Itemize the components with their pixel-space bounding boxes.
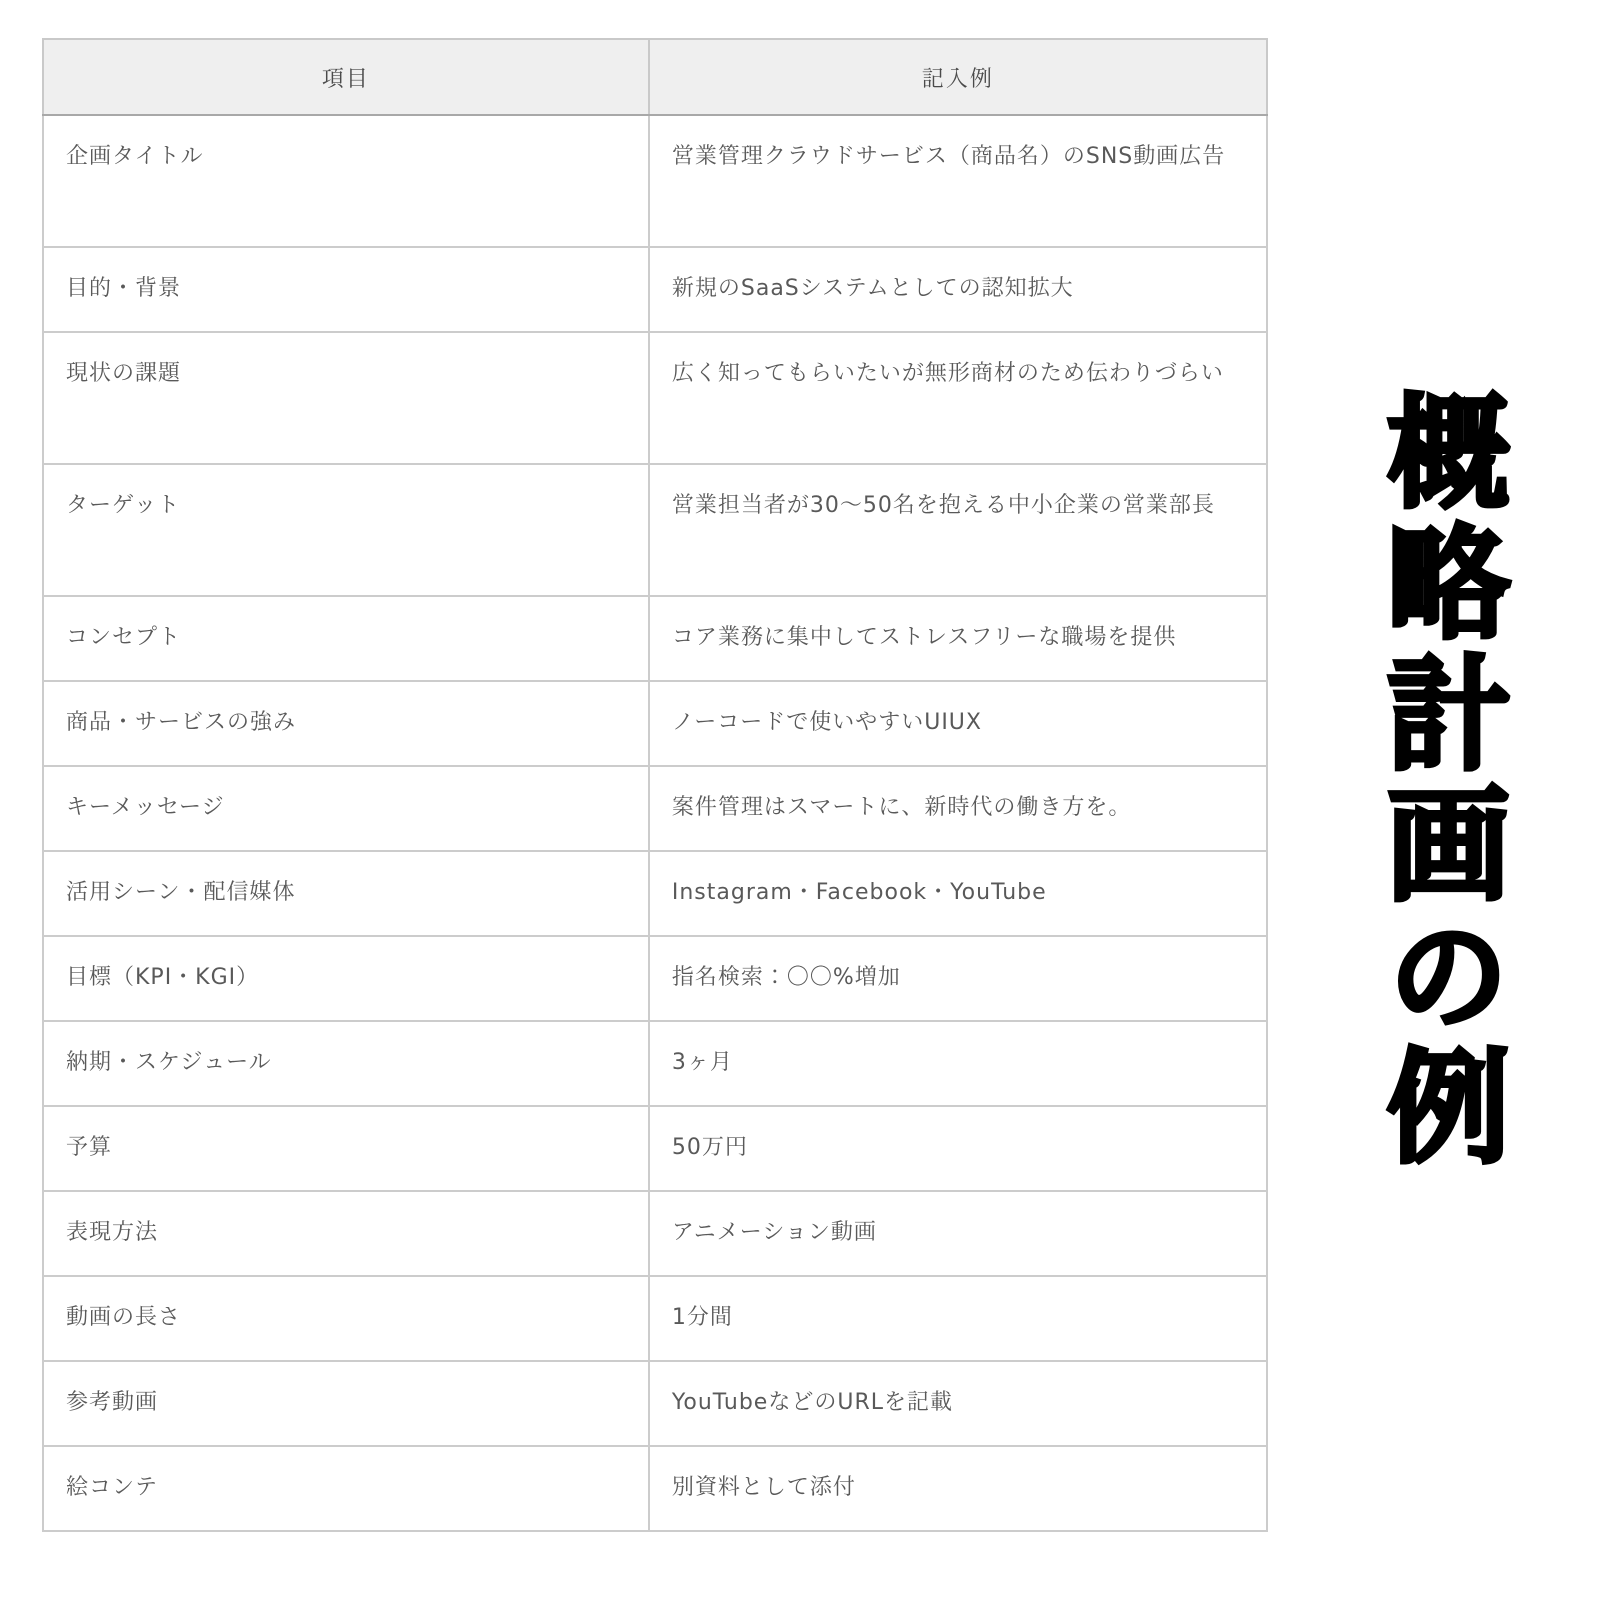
example-cell: 営業管理クラウドサービス（商品名）のSNS動画広告	[649, 115, 1267, 247]
item-cell: 参考動画	[43, 1361, 649, 1446]
item-cell: キーメッセージ	[43, 766, 649, 851]
item-cell: 予算	[43, 1106, 649, 1191]
item-cell: 表現方法	[43, 1191, 649, 1276]
item-cell: 動画の長さ	[43, 1276, 649, 1361]
plan-table: 項目 記入例 企画タイトル 営業管理クラウドサービス（商品名）のSNS動画広告 …	[42, 38, 1268, 1532]
column-header-example: 記入例	[649, 39, 1267, 115]
example-cell: 50万円	[649, 1106, 1267, 1191]
item-cell: 商品・サービスの強み	[43, 681, 649, 766]
item-cell: 企画タイトル	[43, 115, 649, 247]
item-cell: 現状の課題	[43, 332, 649, 464]
example-cell: 指名検索：〇〇%増加	[649, 936, 1267, 1021]
table-row: キーメッセージ 案件管理はスマートに、新時代の働き方を。	[43, 766, 1267, 851]
table-row: 現状の課題 広く知ってもらいたいが無形商材のため伝わりづらい	[43, 332, 1267, 464]
table-row: 目的・背景 新規のSaaSシステムとしての認知拡大	[43, 247, 1267, 332]
table-row: ターゲット 営業担当者が30〜50名を抱える中小企業の営業部長	[43, 464, 1267, 596]
page-title-vertical: 概略計画の例	[1368, 388, 1508, 1188]
example-cell: 営業担当者が30〜50名を抱える中小企業の営業部長	[649, 464, 1267, 596]
item-cell: 目標（KPI・KGI）	[43, 936, 649, 1021]
item-cell: 目的・背景	[43, 247, 649, 332]
example-cell: 新規のSaaSシステムとしての認知拡大	[649, 247, 1267, 332]
table-row: 表現方法 アニメーション動画	[43, 1191, 1267, 1276]
table-row: 商品・サービスの強み ノーコードで使いやすいUIUX	[43, 681, 1267, 766]
column-header-item: 項目	[43, 39, 649, 115]
example-cell: 別資料として添付	[649, 1446, 1267, 1531]
table-row: 目標（KPI・KGI） 指名検索：〇〇%増加	[43, 936, 1267, 1021]
table-row: 参考動画 YouTubeなどのURLを記載	[43, 1361, 1267, 1446]
plan-table-container: 項目 記入例 企画タイトル 営業管理クラウドサービス（商品名）のSNS動画広告 …	[42, 38, 1268, 1532]
example-cell: コア業務に集中してストレスフリーな職場を提供	[649, 596, 1267, 681]
example-cell: Instagram・Facebook・YouTube	[649, 851, 1267, 936]
example-cell: 広く知ってもらいたいが無形商材のため伝わりづらい	[649, 332, 1267, 464]
table-row: 予算 50万円	[43, 1106, 1267, 1191]
page: { "page": { "background": "#ffffff" }, "…	[0, 0, 1600, 1600]
table-body: 企画タイトル 営業管理クラウドサービス（商品名）のSNS動画広告 目的・背景 新…	[43, 115, 1267, 1531]
example-cell: ノーコードで使いやすいUIUX	[649, 681, 1267, 766]
table-row: 絵コンテ 別資料として添付	[43, 1446, 1267, 1531]
example-cell: YouTubeなどのURLを記載	[649, 1361, 1267, 1446]
example-cell: 1分間	[649, 1276, 1267, 1361]
table-row: コンセプト コア業務に集中してストレスフリーな職場を提供	[43, 596, 1267, 681]
table-row: 納期・スケジュール 3ヶ月	[43, 1021, 1267, 1106]
item-cell: 納期・スケジュール	[43, 1021, 649, 1106]
table-header-row: 項目 記入例	[43, 39, 1267, 115]
item-cell: 活用シーン・配信媒体	[43, 851, 649, 936]
example-cell: アニメーション動画	[649, 1191, 1267, 1276]
item-cell: ターゲット	[43, 464, 649, 596]
table-header: 項目 記入例	[43, 39, 1267, 115]
table-row: 企画タイトル 営業管理クラウドサービス（商品名）のSNS動画広告	[43, 115, 1267, 247]
item-cell: コンセプト	[43, 596, 649, 681]
table-row: 活用シーン・配信媒体 Instagram・Facebook・YouTube	[43, 851, 1267, 936]
example-cell: 3ヶ月	[649, 1021, 1267, 1106]
example-cell: 案件管理はスマートに、新時代の働き方を。	[649, 766, 1267, 851]
table-row: 動画の長さ 1分間	[43, 1276, 1267, 1361]
item-cell: 絵コンテ	[43, 1446, 649, 1531]
